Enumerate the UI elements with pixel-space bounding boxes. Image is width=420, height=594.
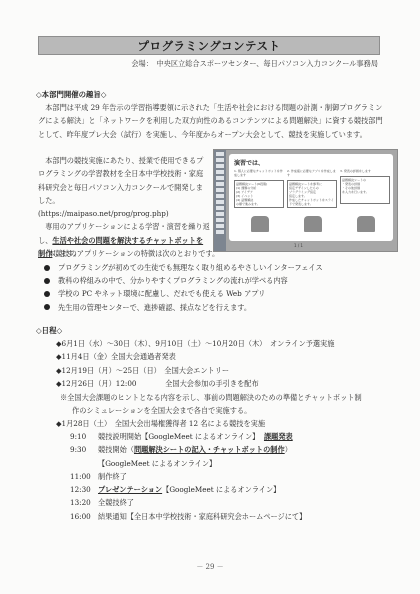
screenshot-panel: 演習では、 1. 個人に必要なチャットボットを作成します 話題解決シート(6段階… [229,154,393,241]
event: 制作終了 [98,470,127,483]
time: 9:10 [70,430,98,443]
step-box: 話題解決シートの ・発表の評価 ・その他評価 を入力を行います。 [340,176,390,204]
event-underlined: 問題解決シートの記入・チャットボットの制作 [134,443,285,456]
venue-text: 会場： 中央区立総合スポーツセンター、毎日パソコン入力コンクール事務局 [131,59,378,69]
time [70,457,98,470]
bullet-icon [44,304,50,310]
step-line: の順で進みます。 [236,202,282,206]
final-day: ◆1月28日（土） 全国大会出場権獲得者 12 名による競技を実施 [56,417,265,430]
schedule-item: ◆6月1日（水）～30日（木）、9月10日（土）～10月20日（木） オンライン… [56,337,334,350]
purpose-paragraph: 本部門は平成 29 年告示の学習指導要領に示された「生活や社会における問題の計測… [38,101,383,141]
event-extra: 課題発表 [264,430,293,443]
feature-text: プログラミングが初めての生徒でも無理なく取り組めるやさしいインターフェイス [58,261,323,274]
student-presenting-illustration [357,216,375,232]
event-underlined: プレゼンテーション [98,483,162,496]
feature-text: 学校の PC やネット環境に配慮し、だれでも使える Web アプリ [58,287,265,300]
purpose-text: 本部門は平成 29 年告示の学習指導要領に示された「生活や社会における問題の計測… [38,101,383,141]
step-line: を入力を行います。 [342,190,388,194]
bullet-icon [44,278,50,284]
screenshot-heading: 演習では、 [234,158,264,167]
time: 9:30 [70,443,98,456]
note-line-1: ※全国大会課題のヒントとなる内容を示し、事前の問題解決のための準備とチャットボッ… [60,391,390,404]
feature-item: 学校の PC やネット環境に配慮し、だれでも使える Web アプリ [44,287,323,300]
time: 13:20 [70,496,98,509]
screenshot-step-1: 1. 個人に必要なチャットボットを作成します 話題解決シート(6段階) (1) … [234,169,284,208]
material-url[interactable]: (https://maipaso.net/prog/prog.php) [38,207,210,220]
step-title: 2. 作成後に必要なアプリを作成します [287,169,337,177]
features-list: プログラミングが初めての生徒でも無理なく取り組めるやさしいインターフェイス 教科… [44,261,323,314]
feature-item: 教科の枠組みの中で、分かりやすくプログラミングの流れが学べる内容 [44,274,323,287]
feature-item: 先生用の管理センターで、進捗確認、採点などを行えます。 [44,301,323,314]
schedule-item: ◆12月19日（月）～25日（日） 全国大会エントリー [56,364,334,377]
event: 競技説明開始【GoogleMeet によるオンライン】 [98,430,259,443]
student-writing-illustration [304,216,322,232]
timetable-row: 9:10競技説明開始【GoogleMeet によるオンライン】 課題発表 [70,430,306,443]
timetable-row: 16:00結果通知【全日本中学校技術・家庭科研究会ホームページにて】 [70,510,306,523]
feature-text: 教科の枠組みの中で、分かりやすくプログラミングの流れが学べる内容 [58,274,288,287]
timetable-row: 9:30競技開始（問題解決シートの記入・チャットボットの制作） [70,443,306,456]
screenshot-step-3: 3. 発表の評価をします 話題解決シートの ・発表の評価 ・その他評価 を入力を… [340,169,390,204]
timetable-row: 12:30プレゼンテーション【GoogleMeet によるオンライン】 [70,483,306,496]
page-title: プログラミングコンテスト [137,38,280,54]
step-box: 話題解決シートを参考に 設定デザインしたもの プラグラミング設定 設定します。 … [287,180,337,208]
title-banner: プログラミングコンテスト [38,36,380,55]
time: 11:00 [70,470,98,483]
bullet-icon [44,291,50,297]
schedule-note: ※全国大会課題のヒントとなる内容を示し、事前の問題解決のための準備とチャットボッ… [60,391,390,418]
event: 結果通知【全日本中学校技術・家庭科研究会ホームページにて】 [98,510,306,523]
page-number: － 29 － [0,562,420,572]
screenshot-sidebar [214,150,226,251]
event: 全競技終了 [98,496,134,509]
feature-item: プログラミングが初めての生徒でも無理なく取り組めるやさしいインターフェイス [44,261,323,274]
bullet-icon [44,265,50,271]
event-post: ） [285,443,292,456]
screenshot-step-2: 2. 作成後に必要なアプリを作成します 話題解決シートを参考に 設定デザインした… [287,169,337,208]
step-title: 1. 個人に必要なチャットボットを作成します [234,169,284,177]
student-pc-illustration [251,216,269,232]
schedule-heading: ◇日程◇ [36,325,62,336]
document-page: プログラミングコンテスト 会場： 中央区立総合スポーツセンター、毎日パソコン入力… [0,0,420,594]
time: 16:00 [70,510,98,523]
schedule-item: ◆11月4日（金）全国大会通過者発表 [56,350,334,363]
features-intro: 本競技のアプリケーションの特徴は次のとおりです。 [48,247,219,260]
screenshot-footer: 1 / 1 [294,243,303,248]
timetable: 9:10競技説明開始【GoogleMeet によるオンライン】 課題発表 9:3… [70,430,306,523]
material-text: 本部門の競技実施にあたり、授業で使用できるプログラミングの学習教材を全日本中学校… [38,154,210,207]
step-line: ドで発表します。 [289,202,335,206]
app-screenshot: 演習では、 1. 個人に必要なチャットボットを作成します 話題解決シート(6段階… [213,149,398,252]
event: 競技開始（ [98,443,134,456]
purpose-heading: ◇本部門開催の趣旨◇ [36,89,107,100]
schedule-item: ◆12月26日（月）12:00 全国大会参加の手引きを配布 [56,377,334,390]
timetable-row: 11:00制作終了 [70,470,306,483]
step-title: 3. 発表の評価をします [340,169,390,173]
event: 【GoogleMeet によるオンライン】 [98,457,216,470]
note-line-2: 作のシミュレーションを全国大会まで各自で実施する。 [60,404,390,417]
time: 12:30 [70,483,98,496]
step-box: 話題解決シート(6段階) (1) 課題の分析 (2) アイデア (3) イベント… [234,180,284,208]
schedule-list: ◆6月1日（水）～30日（木）、9月10日（土）～10月20日（木） オンライン… [56,337,334,391]
timetable-row: 【GoogleMeet によるオンライン】 [70,457,306,470]
feature-text: 先生用の管理センターで、進捗確認、採点などを行えます。 [58,301,251,314]
timetable-row: 13:20全競技終了 [70,496,306,509]
event-post: 【GoogleMeet によるオンライン】 [162,483,280,496]
material-paragraph: 本部門の競技実施にあたり、授業で使用できるプログラミングの学習教材を全日本中学校… [38,154,210,260]
